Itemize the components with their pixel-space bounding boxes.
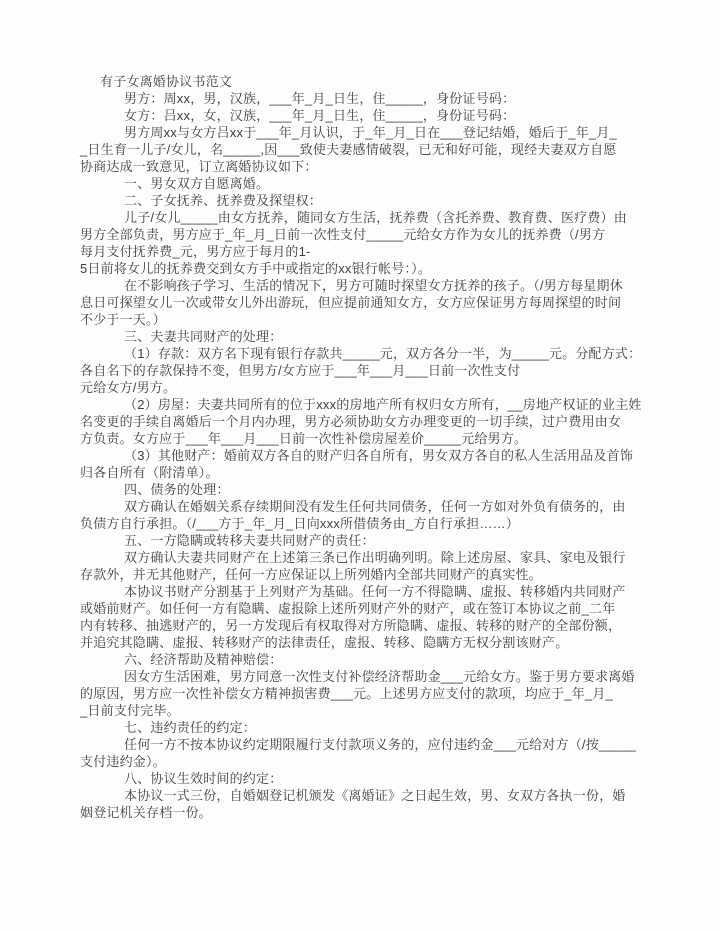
document-line: 各自名下的存款保持不变，但男方/女方应于___年___月___日前一次性支付 xyxy=(80,362,640,379)
document-line: 本协议书财产分割基于上列财产为基础。任何一方不得隐瞒、虚报、转移婚内共同财产 xyxy=(80,583,640,600)
document-line: 负债方自行承担。（/___方于_年_月_日向xxx所借债务由_方自行承担……） xyxy=(80,515,640,532)
document-page: 有子女离婚协议书范文男方：周xx，男，汉族，___年_月_日生，住_____，身… xyxy=(0,0,720,931)
document-line: 男方全部负责，男方应于_年_月_日前一次性支付_____元给女方作为女儿的抚养费… xyxy=(80,226,640,243)
document-line: 元给女方/男方。 xyxy=(80,379,640,396)
document-line: 八、协议生效时间的约定： xyxy=(80,770,640,787)
document-line: 名变更的手续自离婚后一个月内办理，男方必须协助女方办理变更的一切手续，过户费用由… xyxy=(80,413,640,430)
document-line: 每月支付抚养费_元，男方应于每月的1- xyxy=(80,243,640,260)
document-title: 有子女离婚协议书范文 xyxy=(80,73,640,90)
document-line: 或婚前财产。如任何一方有隐瞒、虚报除上述所列财产外的财产，或在签订本协议之前_二… xyxy=(80,600,640,617)
document-line: _日生育一儿子/女儿，名_____,因___致使夫妻感情破裂，已无和好可能，现经… xyxy=(80,141,640,158)
document-line: 姻登记机关存档一份。 xyxy=(80,804,640,821)
document-line: 方负责。女方应于___年___月___日前一次性补偿房屋差价_____元给男方。 xyxy=(80,430,640,447)
document-line: 并追究其隐瞒、虚报、转移财产的法律责任，虚报、转移、隐瞒方无权分割该财产。 xyxy=(80,634,640,651)
document-line: 归各自所有（附清单）。 xyxy=(80,464,640,481)
document-line: 本协议一式三份，自婚姻登记机颁发《离婚证》之日起生效，男、女双方各执一份，婚 xyxy=(80,787,640,804)
document-line: 不少于一天。） xyxy=(80,311,640,328)
document-line: 协商达成一致意见，订立离婚协议如下： xyxy=(80,158,640,175)
document-line: 七、违约责任的约定： xyxy=(80,719,640,736)
document-line: 因女方生活困难，男方同意一次性支付补偿经济帮助金___元给女方。鉴于男方要求离婚 xyxy=(80,668,640,685)
document-line: 5日前将女儿的抚养费交到女方手中或指定的xx银行帐号：）。 xyxy=(80,260,640,277)
document-line: （3）其他财产：婚前双方各自的财产归各自所有，男女双方各自的私人生活用品及首饰 xyxy=(80,447,640,464)
document-line: 六、经济帮助及精神赔偿： xyxy=(80,651,640,668)
document-line: 二、子女抚养、抚养费及探望权： xyxy=(80,192,640,209)
document-line: 四、债务的处理： xyxy=(80,481,640,498)
document-line: 支付违约金）。 xyxy=(80,753,640,770)
document-line: 三、夫妻共同财产的处理： xyxy=(80,328,640,345)
document-line: 存款外，并无其他财产，任何一方应保证以上所列婚内全部共同财产的真实性。 xyxy=(80,566,640,583)
document-body: 有子女离婚协议书范文男方：周xx，男，汉族，___年_月_日生，住_____，身… xyxy=(80,73,640,821)
document-line: 双方确认夫妻共同财产在上述第三条已作出明确列明。除上述房屋、家具、家电及银行 xyxy=(80,549,640,566)
document-line: 息日可探望女儿一次或带女儿外出游玩，但应提前通知女方，女方应保证男方每周探望的时… xyxy=(80,294,640,311)
document-line: 儿子/女儿_____由女方抚养，随同女方生活，抚养费（含托养费、教育费、医疗费）… xyxy=(80,209,640,226)
document-line: 男方：周xx，男，汉族，___年_月_日生，住_____，身份证号码： xyxy=(80,90,640,107)
document-line: 男方周xx与女方吕xx于___年_月认识，于_年_月_日在___登记结婚，婚后于… xyxy=(80,124,640,141)
document-line: （2）房屋：夫妻共同所有的位于xxx的房地产所有权归女方所有，__房地产权证的业… xyxy=(80,396,640,413)
document-line: 的原因，男方应一次性补偿女方精神损害费___元。上述男方应支付的款项，均应于_年… xyxy=(80,685,640,702)
document-line: 双方确认在婚姻关系存续期间没有发生任何共同债务，任何一方如对外负有债务的，由 xyxy=(80,498,640,515)
document-line: （1）存款：双方名下现有银行存款共_____元，双方各分一半，为_____元。分… xyxy=(80,345,640,362)
document-line: 任何一方不按本协议约定期限履行支付款项义务的，应付违约金___元给对方（/按__… xyxy=(80,736,640,753)
document-line: _日前支付完毕。 xyxy=(80,702,640,719)
document-line: 一、男女双方自愿离婚。 xyxy=(80,175,640,192)
document-line: 女方：吕xx，女，汉族，___年_月_日生，住_____，身份证号码： xyxy=(80,107,640,124)
document-line: 在不影响孩子学习、生活的情况下，男方可随时探望女方抚养的孩子。（/男方每星期休 xyxy=(80,277,640,294)
document-line: 内有转移、抽逃财产的，另一方发现后有权取得对方所隐瞒、虚报、转移的财产的全部份额… xyxy=(80,617,640,634)
document-line: 五、一方隐瞒或转移夫妻共同财产的责任： xyxy=(80,532,640,549)
